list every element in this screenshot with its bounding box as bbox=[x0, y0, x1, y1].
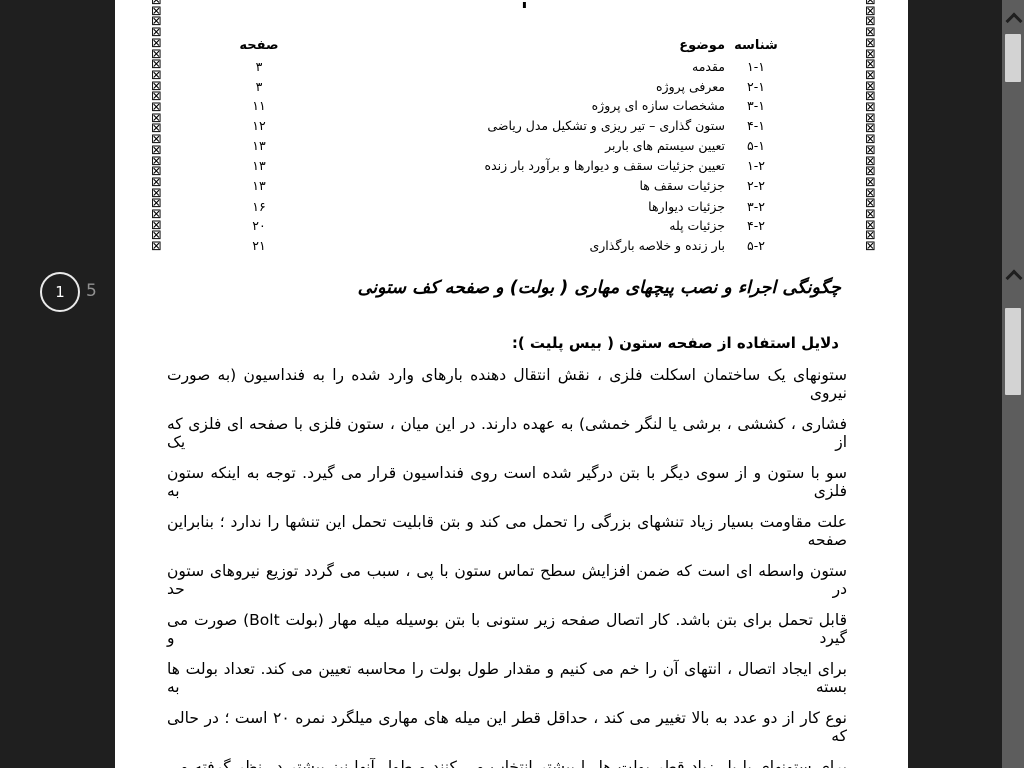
body-line: علت مقاومت بسیار زیاد تنشهای بزرگی را تح… bbox=[167, 513, 847, 541]
toc-cell-id: ۵-۱ bbox=[727, 138, 785, 153]
app-window: { "colors": { "app_background": "#1f1f1f… bbox=[0, 0, 1024, 768]
body-line: برای ایجاد اتصال ، انتهای آن را خم می کن… bbox=[167, 660, 847, 688]
toc-cell-page: ۲۱ bbox=[227, 238, 291, 253]
toc-cell-id: ۳-۲ bbox=[727, 199, 785, 214]
current-page-indicator[interactable]: 1 bbox=[40, 272, 80, 312]
toc-header-subject: موضوع bbox=[355, 38, 725, 53]
toc-cell-id: ۴-۱ bbox=[727, 118, 785, 133]
toc-cell-page: ۱۳ bbox=[227, 178, 291, 193]
scrollbar-thumb-top[interactable] bbox=[1005, 34, 1021, 82]
toc-cell-page: ۳ bbox=[227, 59, 291, 74]
toc-header-id: شناسه bbox=[727, 38, 785, 53]
sub-heading: دلایل استفاده از صفحه ستون ( بیس پلیت ): bbox=[415, 334, 839, 358]
ornamental-border-left: ⊠ ⊠ ⊠ ⊠ ⊠ ⊠ ⊠ ⊠ ⊠ ⊠ ⊠ ⊠ ⊠ ⊠ ⊠ ⊠ ⊠ ⊠ ⊠ ⊠ … bbox=[149, 0, 164, 252]
page-top-text-fragment: بار bbox=[493, 0, 553, 8]
toc-cell-subject: تعیین جزئیات سقف و دیوارها و برآورد بار … bbox=[355, 158, 725, 173]
toc-cell-subject: جزئیات پله bbox=[355, 218, 725, 233]
toc-cell-id: ۲-۱ bbox=[727, 79, 785, 94]
document-page: بار ⊠ ⊠ ⊠ ⊠ ⊠ ⊠ ⊠ ⊠ ⊠ ⊠ ⊠ ⊠ ⊠ ⊠ ⊠ ⊠ ⊠ ⊠ … bbox=[115, 0, 908, 768]
toc-header-page: صفحه bbox=[227, 38, 291, 53]
body-line: قابل تحمل برای بتن باشد. کار اتصال صفحه … bbox=[167, 611, 847, 639]
body-line-partial: برای ستونهای با بار زیاد قطر بولت ها را … bbox=[167, 758, 847, 768]
body-line: سو با ستون و از سوی دیگر با بتن درگیر شد… bbox=[167, 464, 847, 492]
total-pages-label: 5 bbox=[86, 281, 97, 301]
toc-cell-subject: معرفی پروژه bbox=[355, 79, 725, 94]
toc-cell-page: ۱۳ bbox=[227, 158, 291, 173]
toc-cell-id: ۲-۲ bbox=[727, 178, 785, 193]
toc-cell-page: ۱۶ bbox=[227, 199, 291, 214]
scrollbar-thumb-main[interactable] bbox=[1005, 308, 1021, 395]
body-line: نوع کار از دو عدد به بالا تغییر می کند ،… bbox=[167, 709, 847, 737]
toc-cell-id: ۱-۱ bbox=[727, 59, 785, 74]
toc-cell-subject: تعیین سیستم های باربر bbox=[355, 138, 725, 153]
body-line: ستونهای یک ساختمان اسکلت فلزی ، نقش انتق… bbox=[167, 366, 847, 394]
toc-cell-page: ۲۰ bbox=[227, 218, 291, 233]
toc-cell-subject: مشخصات سازه ای پروژه bbox=[355, 98, 725, 113]
section-heading: چگونگی اجراء و نصب پیچهای مهاری ( بولت) … bbox=[265, 278, 841, 306]
toc-cell-page: ۳ bbox=[227, 79, 291, 94]
toc-cell-id: ۴-۲ bbox=[727, 218, 785, 233]
toc-cell-id: ۳-۱ bbox=[727, 98, 785, 113]
toc-cell-subject: جزئیات دیوارها bbox=[355, 199, 725, 214]
toc-cell-subject: بار زنده و خلاصه بارگذاری bbox=[355, 238, 725, 253]
body-line: فشاری ، کششی ، برشی یا لنگر خمشی) به عهد… bbox=[167, 415, 847, 443]
toc-cell-id: ۱-۲ bbox=[727, 158, 785, 173]
body-line: ستون واسطه ای است که ضمن افزایش سطح تماس… bbox=[167, 562, 847, 590]
toc-cell-subject: جزئیات سقف ها bbox=[355, 178, 725, 193]
current-page-number: 1 bbox=[55, 283, 65, 301]
toc-cell-page: ۱۱ bbox=[227, 98, 291, 113]
toc-cell-subject: مقدمه bbox=[355, 59, 725, 74]
ornamental-border-right: ⊠ ⊠ ⊠ ⊠ ⊠ ⊠ ⊠ ⊠ ⊠ ⊠ ⊠ ⊠ ⊠ ⊠ ⊠ ⊠ ⊠ ⊠ ⊠ ⊠ … bbox=[863, 0, 878, 252]
toc-cell-id: ۵-۲ bbox=[727, 238, 785, 253]
toc-cell-subject: ستون گذاری – تیر ریزی و تشکیل مدل ریاضی bbox=[355, 118, 725, 133]
toc-cell-page: ۱۲ bbox=[227, 118, 291, 133]
toc-cell-page: ۱۳ bbox=[227, 138, 291, 153]
